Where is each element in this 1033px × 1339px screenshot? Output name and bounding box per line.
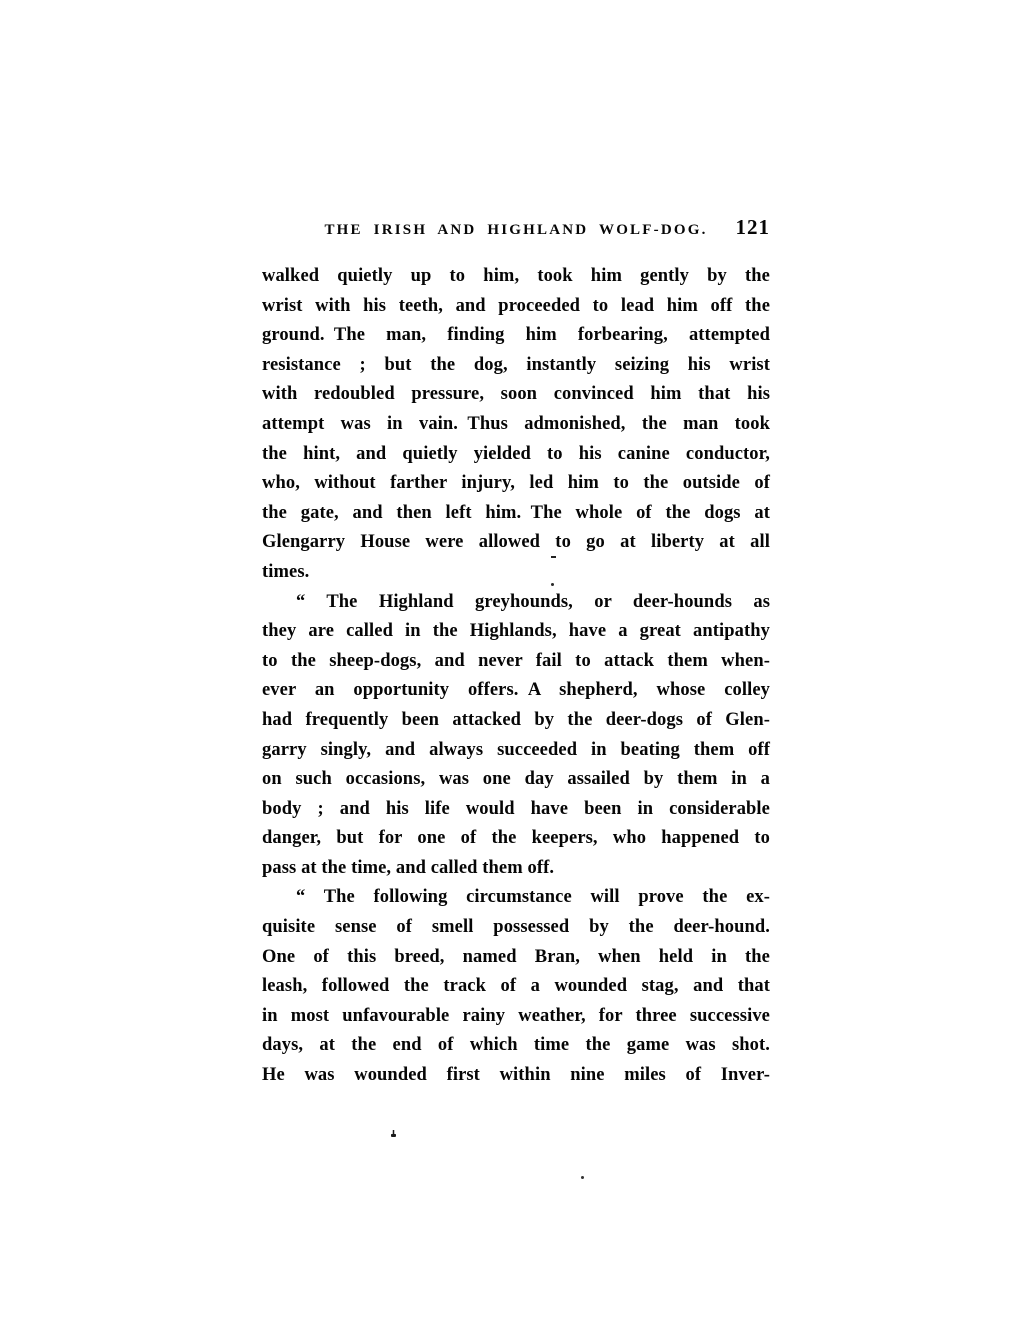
- text-line: walked quietly up to him, took him gentl…: [262, 262, 770, 292]
- book-page: THE IRISH AND HIGHLAND WOLF-DOG. 121 wal…: [0, 0, 1033, 1339]
- text-line: “ The Highland greyhounds, or deer-hound…: [262, 588, 770, 618]
- text-line: attempt was in vain. Thus admonished, th…: [262, 410, 770, 440]
- text-line: Glengarry House were allowed to go at li…: [262, 528, 770, 558]
- text-line: in most unfavourable rainy weather, for …: [262, 1002, 770, 1032]
- ink-speck: [581, 1176, 584, 1179]
- text-line: the gate, and then left him. The whole o…: [262, 499, 770, 529]
- text-line: to the sheep-dogs, and never fail to att…: [262, 647, 770, 677]
- page-number: 121: [736, 215, 771, 239]
- text-line: He was wounded first within nine miles o…: [262, 1061, 770, 1091]
- text-line: ground. The man, finding him forbearing,…: [262, 321, 770, 351]
- ink-speck: [391, 1130, 396, 1137]
- text-line: times.: [262, 558, 770, 588]
- text-line: the hint, and quietly yielded to his can…: [262, 440, 770, 470]
- text-line: danger, but for one of the keepers, who …: [262, 824, 770, 854]
- ink-speck: [551, 556, 556, 558]
- running-header-title: THE IRISH AND HIGHLAND WOLF-DOG.: [262, 218, 770, 242]
- text-line: resistance ; but the dog, instantly seiz…: [262, 351, 770, 381]
- text-line: garry singly, and always succeeded in be…: [262, 736, 770, 766]
- text-line: with redoubled pressure, soon convinced …: [262, 380, 770, 410]
- text-line: quisite sense of smell possessed by the …: [262, 913, 770, 943]
- text-line: body ; and his life would have been in c…: [262, 795, 770, 825]
- running-header: THE IRISH AND HIGHLAND WOLF-DOG. 121: [262, 218, 770, 242]
- text-line: leash, followed the track of a wounded s…: [262, 972, 770, 1002]
- text-line: One of this breed, named Bran, when held…: [262, 943, 770, 973]
- text-line: on such occasions, was one day assailed …: [262, 765, 770, 795]
- text-line: who, without farther injury, led him to …: [262, 469, 770, 499]
- text-line: ever an opportunity offers. A shepherd, …: [262, 676, 770, 706]
- text-line: had frequently been attacked by the deer…: [262, 706, 770, 736]
- ink-speck: [551, 583, 554, 586]
- text-line: they are called in the Highlands, have a…: [262, 617, 770, 647]
- text-line: “ The following circumstance will prove …: [262, 883, 770, 913]
- text-line: wrist with his teeth, and proceeded to l…: [262, 292, 770, 322]
- text-line: days, at the end of which time the game …: [262, 1031, 770, 1061]
- text-line: pass at the time, and called them off.: [262, 854, 770, 884]
- page-text: walked quietly up to him, took him gentl…: [262, 262, 770, 1091]
